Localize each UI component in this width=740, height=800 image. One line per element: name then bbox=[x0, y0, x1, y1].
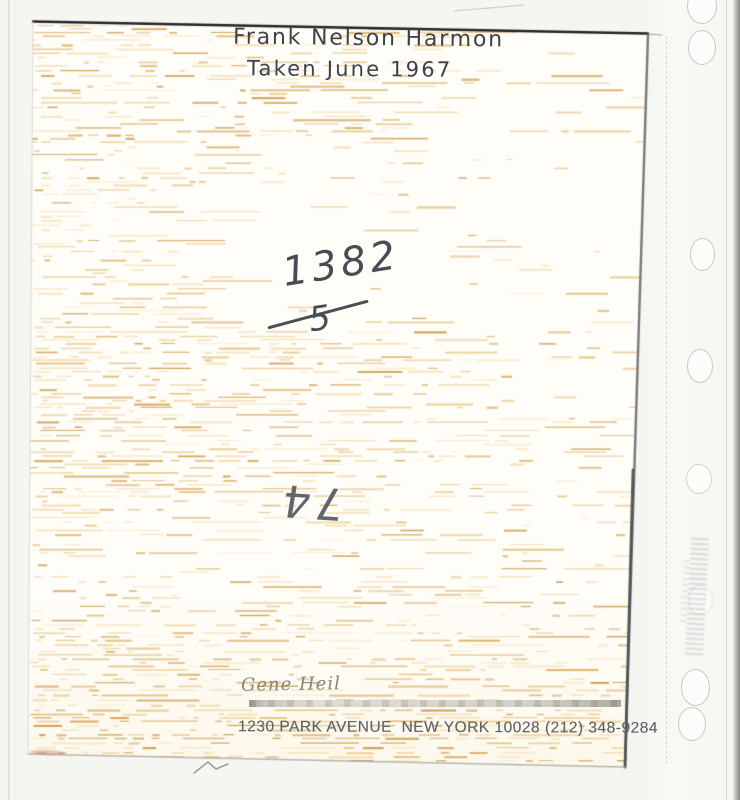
handwriting-name: Frank Nelson Harmon bbox=[233, 25, 504, 53]
stamp-smudge-bar bbox=[249, 700, 621, 707]
punch-hole bbox=[678, 707, 706, 741]
sleeve-seam bbox=[726, 0, 727, 800]
scanned-photo-back: Frank Nelson Harmon Taken June 1967 1382… bbox=[0, 0, 740, 800]
punch-hole bbox=[690, 238, 715, 271]
print-number-upside-down: 74 bbox=[270, 474, 352, 530]
photographer-signature: Gene Heil bbox=[241, 673, 341, 696]
handwriting-date: Taken June 1967 bbox=[247, 56, 453, 81]
punch-hole bbox=[686, 464, 712, 494]
photo-paper bbox=[0, 0, 740, 800]
crease-mark bbox=[452, 3, 526, 13]
punch-hole bbox=[687, 349, 713, 383]
sleeve-seam bbox=[666, 36, 667, 764]
scan-right-edge bbox=[732, 0, 740, 800]
pencil-scribble-mark bbox=[193, 759, 231, 777]
studio-address: 1230 PARK AVENUE NEW YORK 10028 (212) 34… bbox=[238, 718, 658, 737]
punch-hole bbox=[688, 30, 716, 65]
punch-hole bbox=[681, 669, 710, 706]
